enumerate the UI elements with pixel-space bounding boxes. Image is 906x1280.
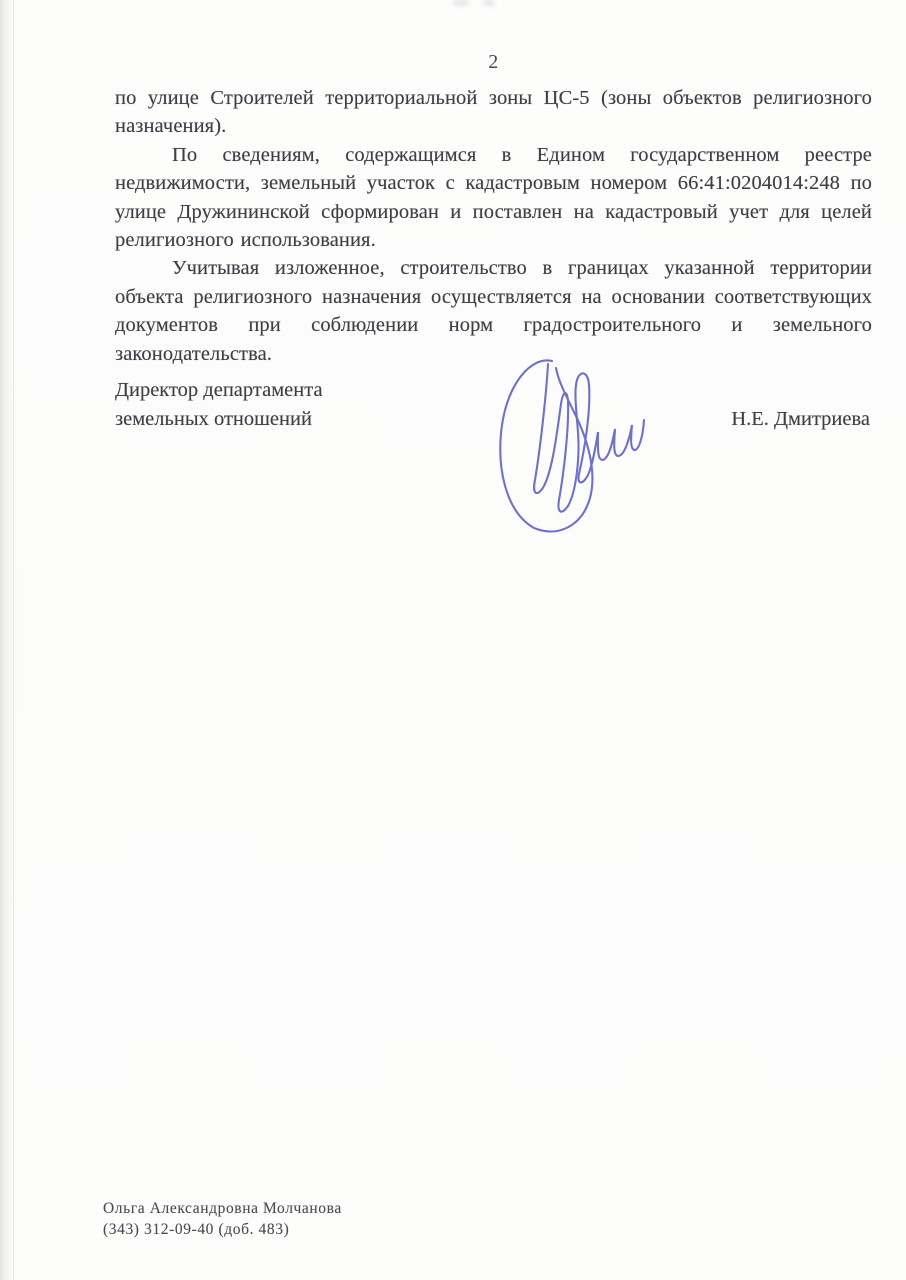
handwritten-signature (460, 340, 680, 540)
executor-phone: (343) 312-09-40 (доб. 483) (103, 1219, 342, 1240)
document-body: 2 по улице Строителей территориальной зо… (115, 48, 872, 368)
paragraph-continuation: по улице Строителей территориальной зоны… (115, 84, 872, 141)
scanned-document-page: 2 по улице Строителей территориальной зо… (0, 0, 906, 1280)
scan-artifact (483, 0, 495, 6)
executor-contact: Ольга Александровна Молчанова (343) 312-… (103, 1198, 342, 1240)
paragraph-egrn-info: По сведениям, содержащимся в Едином госу… (115, 141, 872, 255)
scan-edge-line (13, 0, 14, 1280)
signature-strokes (500, 360, 644, 531)
scan-edge-shadow (0, 0, 18, 1280)
page-number: 2 (115, 48, 872, 76)
signer-name: Н.Е. Дмитриева (731, 408, 870, 431)
executor-name: Ольга Александровна Молчанова (103, 1198, 342, 1219)
scan-artifact (452, 0, 470, 6)
letter-text: по улице Строителей территориальной зоны… (115, 84, 872, 368)
